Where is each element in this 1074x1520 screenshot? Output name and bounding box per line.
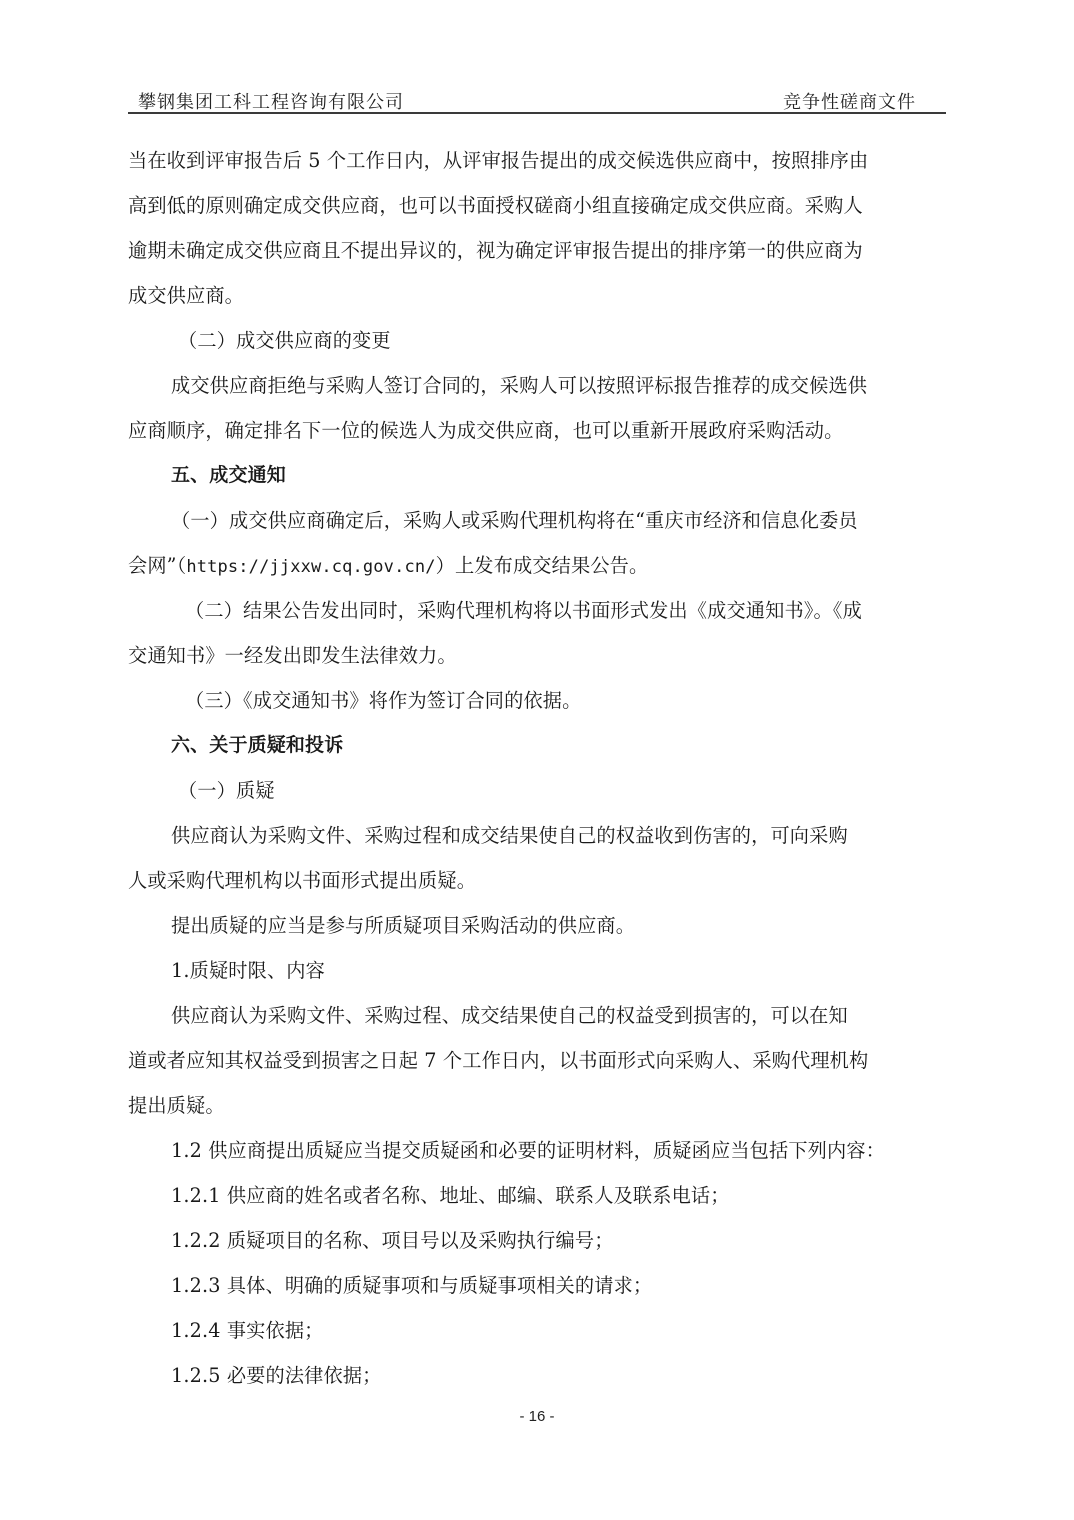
page-number: - 16 - [0,1408,1074,1425]
paragraph-line: 交通知书》一经发出即发生法律效力。 [128,633,958,678]
subsection-heading: （一）质疑 [128,768,958,813]
paragraph-line: 人或采购代理机构以书面形式提出质疑。 [128,858,958,903]
company-name: 攀钢集团工科工程咨询有限公司 [138,88,404,114]
paragraph-line: 供应商认为采购文件、采购过程、成交结果使自己的权益受到损害的，可以在知 [128,993,958,1038]
subsection-heading: （二）成交供应商的变更 [128,318,958,363]
paragraph-line: 高到低的原则确定成交供应商，也可以书面授权磋商小组直接确定成交供应商。采购人 [128,183,958,228]
paragraph-line: 提出质疑。 [128,1083,958,1128]
paragraph-line: 供应商认为采购文件、采购过程和成交结果使自己的权益收到伤害的，可向采购 [128,813,958,858]
text-fragment: 会网”（ [128,554,186,577]
header-divider [128,112,946,114]
list-item: 1.2.1 供应商的姓名或者名称、地址、邮编、联系人及联系电话； [128,1173,958,1218]
paragraph-line: 成交供应商拒绝与采购人签订合同的，采购人可以按照评标报告推荐的成交候选供 [128,363,958,408]
paragraph-line: 当在收到评审报告后 5 个工作日内，从评审报告提出的成交候选供应商中，按照排序由 [128,138,958,183]
document-body: 当在收到评审报告后 5 个工作日内，从评审报告提出的成交候选供应商中，按照排序由… [128,138,958,1398]
paragraph-line: 道或者应知其权益受到损害之日起 7 个工作日内，以书面形式向采购人、采购代理机构 [128,1038,958,1083]
paragraph-line: （二）结果公告发出同时，采购代理机构将以书面形式发出《成交通知书》。《成 [128,588,958,633]
paragraph-line: （一）成交供应商确定后，采购人或采购代理机构将在“重庆市经济和信息化委员 [128,498,958,543]
paragraph-line: （三）《成交通知书》将作为签订合同的依据。 [128,678,958,723]
paragraph-line: 逾期未确定成交供应商且不提出异议的，视为确定评审报告提出的排序第一的供应商为 [128,228,958,273]
paragraph-line: 提出质疑的应当是参与所质疑项目采购活动的供应商。 [128,903,958,948]
paragraph-line: 成交供应商。 [128,273,958,318]
list-item: 1.2.4 事实依据； [128,1308,958,1353]
list-item: 1.2.2 质疑项目的名称、项目号以及采购执行编号； [128,1218,958,1263]
paragraph-line: 1.2 供应商提出质疑应当提交质疑函和必要的证明材料，质疑函应当包括下列内容： [128,1128,958,1173]
paragraph-line: 应商顺序，确定排名下一位的候选人为成交供应商，也可以重新开展政府采购活动。 [128,408,958,453]
paragraph-line: 会网”（https://jjxxw.cq.gov.cn/）上发布成交结果公告。 [128,543,958,588]
document-type: 竞争性磋商文件 [783,88,916,114]
page-header: 攀钢集团工科工程咨询有限公司 竞争性磋商文件 [128,84,946,114]
section-heading: 六、关于质疑和投诉 [128,723,958,768]
website-link[interactable]: https://jjxxw.cq.gov.cn/ [186,557,435,577]
numbered-heading: 1.质疑时限、内容 [128,948,958,993]
list-item: 1.2.3 具体、明确的质疑事项和与质疑事项相关的请求； [128,1263,958,1308]
section-heading: 五、成交通知 [128,453,958,498]
text-fragment: ）上发布成交结果公告。 [436,554,649,577]
list-item: 1.2.5 必要的法律依据； [128,1353,958,1398]
